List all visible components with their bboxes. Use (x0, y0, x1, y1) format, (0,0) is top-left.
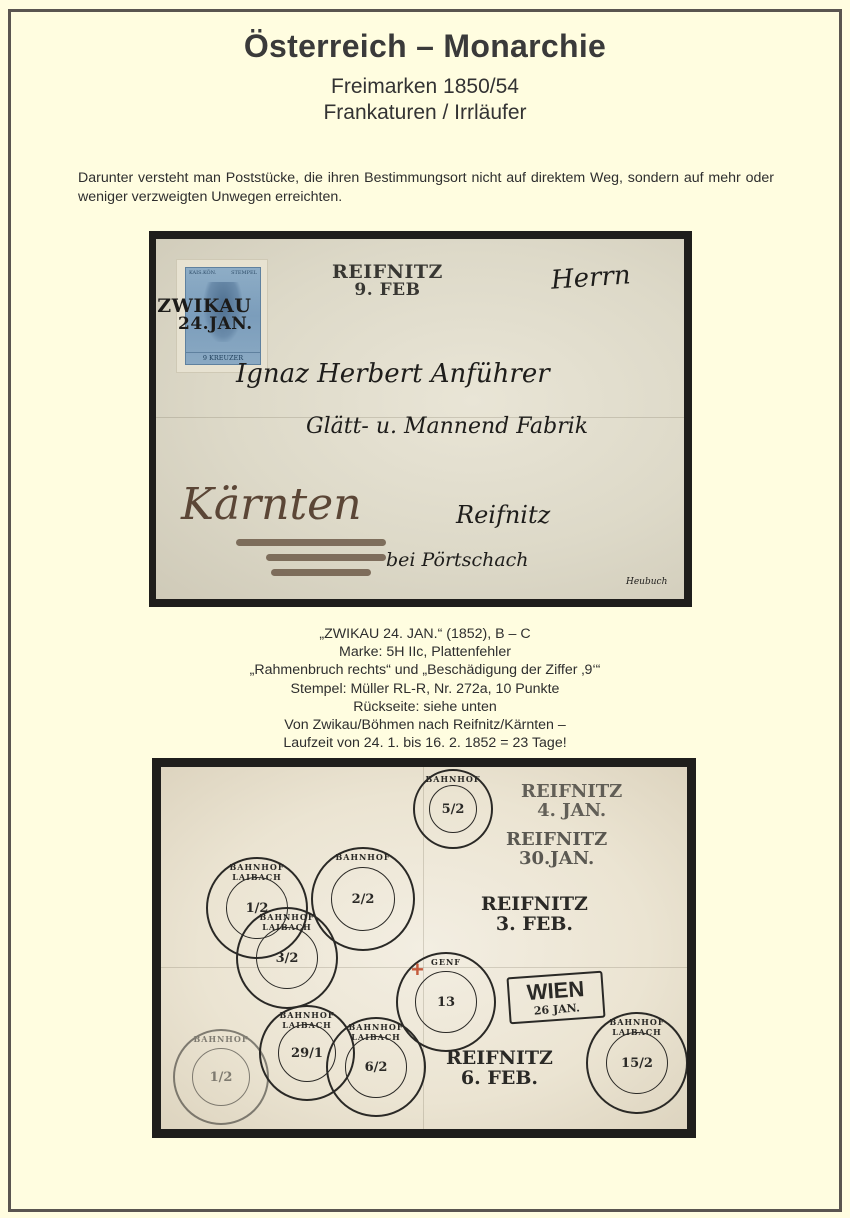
laibach-circle-cancel: BAHNHOF LAIBACH 6/2 (326, 1017, 426, 1117)
cancel-ring-text: BAHNHOF (313, 852, 413, 862)
cancel-date: 3. FEB. (481, 915, 588, 935)
address-salutation: Herrn (550, 260, 632, 295)
reifnitz-line-cancel: REIFNITZ 6. FEB. (446, 1049, 553, 1089)
cover-description: „ZWIKAU 24. JAN.“ (1852), B – C Marke: 5… (0, 625, 850, 752)
cancel-ring-text: BAHNHOF LAIBACH (328, 1022, 424, 1042)
back-cover-image: BAHNHOF 5/2 BAHNHOF LAIBACH 1/2 BAHNHOF … (161, 767, 687, 1129)
front-cover-mount: KAIS.KÖN. STEMPEL 9 KREUZER ZWIKAU 24.JA… (149, 231, 692, 607)
back-cover-mount: BAHNHOF 5/2 BAHNHOF LAIBACH 1/2 BAHNHOF … (152, 758, 696, 1138)
address-town: Reifnitz (456, 501, 550, 529)
caption-line-postmark: „ZWIKAU 24. JAN.“ (1852), B – C (0, 625, 850, 643)
stamp-top-text: KAIS.KÖN. STEMPEL (189, 270, 257, 276)
caption-line-route: Von Zwikau/Böhmen nach Reifnitz/Kärnten … (0, 716, 850, 734)
cancel-ring-text: BAHNHOF (175, 1034, 267, 1044)
cancel-town: REIFNITZ (446, 1049, 553, 1069)
cancel-date: 30.JAN. (506, 850, 607, 869)
cancel-ring-text: BAHNHOF LAIBACH (238, 912, 336, 932)
stamp-top-right: STEMPEL (231, 270, 257, 276)
ink-underline (266, 554, 386, 561)
front-cover-image: KAIS.KÖN. STEMPEL 9 KREUZER ZWIKAU 24.JA… (156, 239, 684, 599)
page-subtitle-issue: Freimarken 1850/54 (0, 75, 850, 99)
bahnhof-circle-cancel: BAHNHOF 5/2 (413, 769, 493, 849)
ink-underline (271, 569, 371, 576)
cancel-date: 2/2 (352, 892, 375, 907)
cancel-ring-text: GENF (398, 957, 494, 967)
intro-paragraph: Darunter versteht man Poststücke, die ih… (78, 169, 774, 207)
laibach-circle-cancel: BAHNHOF LAIBACH 15/2 (586, 1012, 687, 1114)
caption-line-cancel-rating: Stempel: Müller RL-R, Nr. 272a, 10 Punkt… (0, 680, 850, 698)
stamp-top-left: KAIS.KÖN. (189, 270, 216, 276)
page-title: Österreich – Monarchie (0, 28, 850, 65)
caption-line-reverse: Rückseite: siehe unten (0, 698, 850, 716)
address-firm: Glätt- u. Mannend Fabrik (306, 414, 588, 439)
reifnitz-cancel-date: 9. FEB (332, 282, 443, 299)
cancel-date: 5/2 (442, 802, 465, 817)
pencil-note: Heubuch (626, 577, 667, 587)
address-locality: bei Pörtschach (386, 549, 529, 571)
reifnitz-line-cancel: REIFNITZ 4. JAN. (521, 783, 622, 821)
zwikau-cancel-date: 24.JAN. (178, 316, 253, 333)
cancel-date: 6. FEB. (446, 1069, 553, 1089)
caption-line-transit-time: Laufzeit von 24. 1. bis 16. 2. 1852 = 23… (0, 734, 850, 752)
bahnhof-circle-cancel: BAHNHOF 1/2 (173, 1029, 269, 1125)
cancel-ring-text: BAHNHOF LAIBACH (588, 1017, 686, 1037)
reifnitz-line-cancel: REIFNITZ 30.JAN. (506, 831, 607, 869)
caption-line-plate-flaw: „Rahmenbruch rechts“ und „Beschädigung d… (0, 661, 850, 679)
address-region: Kärnten (181, 479, 362, 530)
page-subtitle-topic: Frankaturen / Irrläufer (0, 101, 850, 125)
cancel-date: 1/2 (210, 1070, 233, 1085)
cancel-date: 6/2 (365, 1060, 388, 1075)
ink-underline (236, 539, 386, 546)
cancel-date: 29/1 (291, 1046, 323, 1061)
zwikau-cancel: ZWIKAU 24.JAN. (156, 297, 253, 333)
laibach-circle-cancel: BAHNHOF LAIBACH 3/2 (236, 907, 338, 1009)
cancel-date: 15/2 (621, 1056, 653, 1071)
cancel-ring-text: BAHNHOF LAIBACH (208, 862, 306, 882)
cancel-date: 4. JAN. (521, 802, 622, 821)
address-name: Ignaz Herbert Anführer (236, 359, 550, 389)
caption-line-stamp: Marke: 5H IIc, Plattenfehler (0, 643, 850, 661)
cancel-date: 3/2 (276, 951, 299, 966)
cancel-ring-text: BAHNHOF (415, 774, 491, 784)
reifnitz-arrival-cancel: REIFNITZ 9. FEB (332, 263, 443, 299)
cancel-date: 13 (437, 995, 455, 1010)
reifnitz-line-cancel: REIFNITZ 3. FEB. (481, 895, 588, 935)
cancel-town: REIFNITZ (481, 895, 588, 915)
